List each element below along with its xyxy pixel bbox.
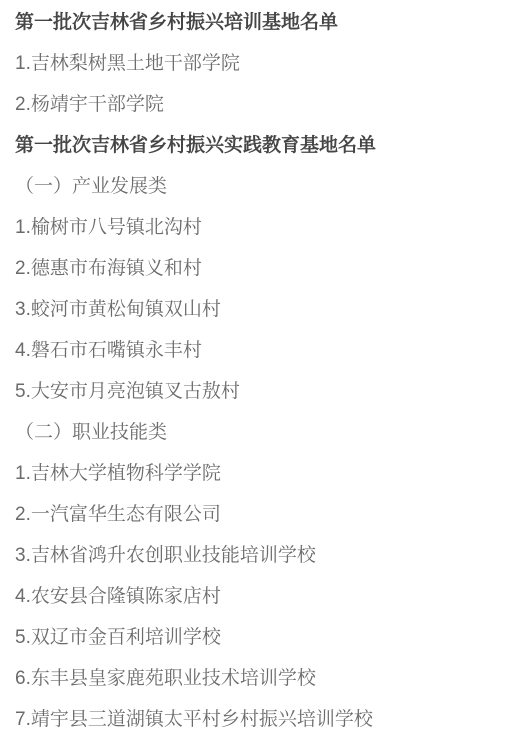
list-item: 1.吉林大学植物科学学院 [15,464,503,483]
list-item: 3.蛟河市黄松甸镇双山村 [15,300,503,319]
list-item: 6.东丰县皇家鹿苑职业技术培训学校 [15,669,503,688]
subsection-heading-industry: （一）产业发展类 [15,177,503,196]
list-item: 1.吉林梨树黑土地干部学院 [15,54,503,73]
list-item: 2.一汽富华生态有限公司 [15,505,503,524]
article-body: 第一批次吉林省乡村振兴培训基地名单 1.吉林梨树黑土地干部学院 2.杨靖宇干部学… [0,0,513,753]
list-item: 1.榆树市八号镇北沟村 [15,218,503,237]
list-item: 4.磐石市石嘴镇永丰村 [15,341,503,360]
list-item: 5.双辽市金百利培训学校 [15,628,503,647]
list-item: 5.大安市月亮泡镇叉古敖村 [15,382,503,401]
list-item: 2.杨靖宇干部学院 [15,95,503,114]
list-item: 3.吉林省鸿升农创职业技能培训学校 [15,546,503,565]
subsection-heading-vocational: （二）职业技能类 [15,423,503,442]
list-item: 4.农安县合隆镇陈家店村 [15,587,503,606]
list-item: 7.靖宇县三道湖镇太平村乡村振兴培训学校 [15,710,503,729]
list-item: 2.德惠市布海镇义和村 [15,259,503,278]
section-heading-practice-bases: 第一批次吉林省乡村振兴实践教育基地名单 [15,136,503,155]
section-heading-training-bases: 第一批次吉林省乡村振兴培训基地名单 [15,13,503,32]
